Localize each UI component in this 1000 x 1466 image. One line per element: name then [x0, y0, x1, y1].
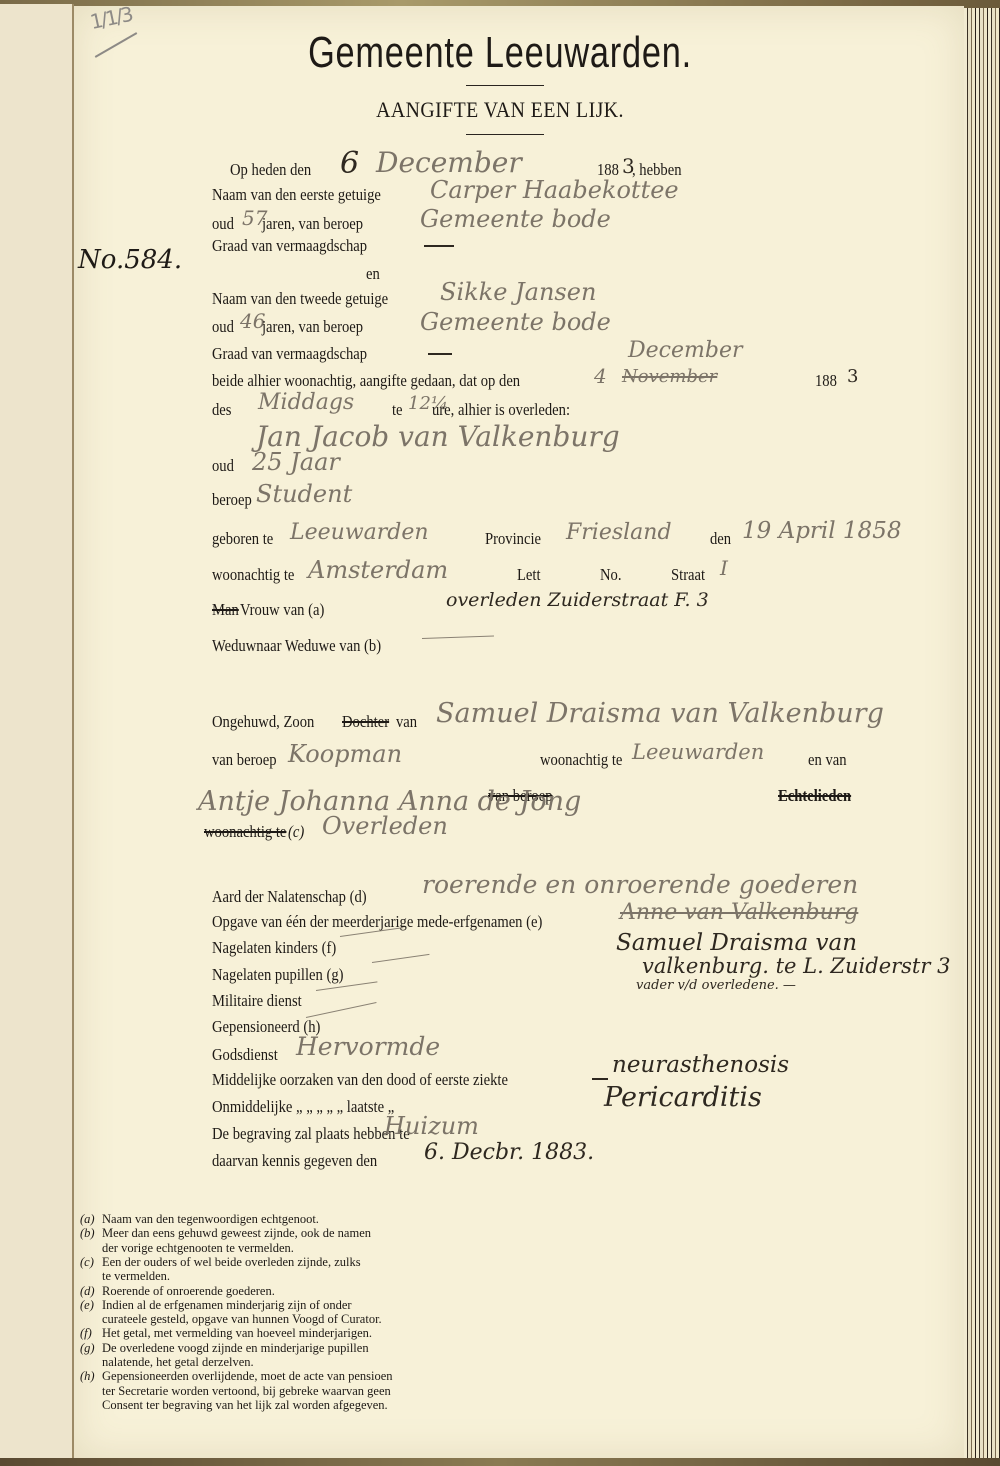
- footnote-line: te vermelden.: [80, 1269, 170, 1284]
- birth-place: Leeuwarden: [290, 520, 429, 545]
- deceased-occupation: Student: [256, 480, 352, 508]
- witness1-kinship-dash: [424, 245, 454, 247]
- parents-van-label: van: [396, 712, 417, 732]
- death-year-digit: 3: [847, 366, 858, 387]
- heir-line3: vader v/d overledene. —: [636, 978, 796, 993]
- footnote-text: Meer dan eens gehuwd geweest zijnde, ook…: [102, 1226, 371, 1241]
- date-month: December: [376, 146, 522, 179]
- deceased-occupation-label: beroep: [212, 490, 252, 510]
- footnote-line: (h)Gepensioneerden overlijdende, moet de…: [80, 1369, 393, 1384]
- time-te-label: te: [392, 400, 403, 420]
- footnote-line: (a)Naam van den tegenwoordigen echtgenoo…: [80, 1212, 319, 1227]
- footnote-line: (b)Meer dan eens gehuwd geweest zijnde, …: [80, 1226, 371, 1241]
- death-date-label: beide alhier woonachtig, aangifte gedaan…: [212, 371, 520, 391]
- notice-label: daarvan kennis gegeven den: [212, 1151, 377, 1171]
- burial-place: Huizum: [384, 1112, 479, 1140]
- footnote-text: te vermelden.: [102, 1269, 170, 1284]
- footnote-line: (g)De overledene voogd zijnde en minderj…: [80, 1341, 369, 1356]
- religion-value: Hervormde: [296, 1032, 440, 1061]
- birth-date-label: den: [710, 529, 731, 549]
- cause-first-dash: [592, 1078, 608, 1080]
- register-number: No.584.: [78, 245, 182, 275]
- estate-label: Aard der Nalatenschap (d): [212, 887, 367, 907]
- footnote-text: Het getal, met vermelding van hoeveel mi…: [102, 1326, 372, 1341]
- spouse-label: Vrouw van (a): [240, 600, 324, 620]
- witness2-age-label: oud: [212, 317, 234, 337]
- children-label: Nagelaten kinders (f): [212, 938, 336, 958]
- no-label: No.: [600, 565, 622, 585]
- footnote-text: der vorige echtgenooten te vermelden.: [102, 1241, 294, 1256]
- wards-label: Nagelaten pupillen (g): [212, 965, 344, 985]
- witness1-name: Carper Haabekottee: [430, 176, 679, 204]
- footnote-c-ref: (c): [288, 822, 304, 842]
- footnote-text: Consent ter begraving van het lijk zal w…: [102, 1398, 388, 1413]
- footnote-key: (d): [80, 1284, 102, 1299]
- straat-label: Straat: [671, 565, 705, 585]
- father-occupation-label: van beroep: [212, 750, 277, 770]
- page-edges: [964, 8, 1000, 1458]
- spouse-note: overleden Zuiderstraat F. 3: [446, 589, 709, 611]
- footnote-key: (h): [80, 1369, 102, 1384]
- subtitle-rule: [466, 134, 544, 135]
- deceased-age: 25 Jaar: [252, 448, 340, 476]
- footnote-text: Naam van den tegenwoordigen echtgenoot.: [102, 1212, 319, 1227]
- birth-label: geboren te: [212, 529, 273, 549]
- witness1-occupation: Gemeente bode: [420, 205, 611, 233]
- witness1-occupation-label: jaren, van beroep: [262, 214, 363, 234]
- footnote-line: (e)Indien al de erfgenamen minderjarig z…: [80, 1298, 352, 1313]
- mother-residence-struck: woonachtig te: [204, 822, 286, 842]
- left-page: [0, 4, 74, 1460]
- birth-province: Friesland: [566, 520, 672, 545]
- heir-line1: Samuel Draisma van: [616, 930, 857, 956]
- footnote-line: der vorige echtgenooten te vermelden.: [80, 1241, 294, 1256]
- father-occupation: Koopman: [288, 740, 402, 768]
- footnote-text: ter Secretarie worden vertoond, bij gebr…: [102, 1384, 391, 1399]
- witness2-name-label: Naam van den tweede getuige: [212, 289, 388, 309]
- date-day: 6: [340, 146, 359, 181]
- widow-label: Weduwnaar Weduwe van (b): [212, 636, 381, 656]
- footnote-key: (a): [80, 1212, 102, 1227]
- cause-first-label: Middelijke oorzaken van den dood of eers…: [212, 1070, 508, 1090]
- footnote-key: (c): [80, 1255, 102, 1270]
- religion-label: Godsdienst: [212, 1045, 278, 1065]
- footnote-text: Roerende of onroerende goederen.: [102, 1284, 275, 1299]
- footnote-text: curateele gesteld, opgave van hunnen Voo…: [102, 1312, 382, 1327]
- footnote-line: ter Secretarie worden vertoond, bij gebr…: [80, 1384, 391, 1399]
- father-residence-label: woonachtig te: [540, 750, 622, 770]
- death-year-print: 188: [815, 371, 837, 391]
- footnote-line: curateele gesteld, opgave van hunnen Voo…: [80, 1312, 382, 1327]
- time-overleden-label: ure, alhier is overleden:: [432, 400, 570, 420]
- mother-status: Overleden: [322, 812, 448, 840]
- footnote-key: (e): [80, 1298, 102, 1313]
- burial-label: De begraving zal plaats hebben te: [212, 1124, 410, 1144]
- witness1-kinship-label: Graad van vermaagdschap: [212, 236, 367, 256]
- cause-last-label: Onmiddelijke „ „ „ „ „ laatste „: [212, 1097, 394, 1117]
- footnote-line: (d)Roerende of onroerende goederen.: [80, 1284, 275, 1299]
- father-name: Samuel Draisma van Valkenburg: [436, 698, 884, 729]
- footnote-text: Gepensioneerden overlijdende, moet de ac…: [102, 1369, 393, 1384]
- heir-line2: valkenburg. te L. Zuiderstr 3: [642, 954, 950, 978]
- heir-label: Opgave van één der meerderjarige mede-er…: [212, 912, 542, 932]
- witness2-name: Sikke Jansen: [440, 278, 596, 306]
- footnote-text: Indien al de erfgenamen minderjarig zijn…: [102, 1298, 352, 1313]
- parents-label: Ongehuwd, Zoon: [212, 712, 314, 732]
- spouses-struck: Echtelieden: [778, 786, 851, 806]
- witness1-name-label: Naam van den eerste getuige: [212, 185, 381, 205]
- spouse-label-struck: Man: [212, 600, 239, 620]
- cause-last-value: Pericarditis: [604, 1082, 762, 1113]
- book-bottom-edge: [0, 1458, 1000, 1466]
- footnote-text: Een der ouders of wel beide overleden zi…: [102, 1255, 361, 1270]
- and-label: en van: [808, 750, 847, 770]
- notice-date: 6. Decbr. 1883.: [424, 1140, 594, 1165]
- footnote-key: (f): [80, 1326, 102, 1341]
- heir-struck: Anne van Valkenburg: [620, 900, 858, 925]
- parents-label-struck: Dochter: [342, 712, 389, 732]
- page-title: Gemeente Leeuwarden.: [110, 28, 890, 78]
- military-label: Militaire dienst: [212, 991, 302, 1011]
- witness1-age-label: oud: [212, 214, 234, 234]
- footnote-text: De overledene voogd zijnde en minderjari…: [102, 1341, 369, 1356]
- death-month-correction: December: [628, 338, 742, 363]
- witness2-kinship-dash: [428, 353, 452, 355]
- witness2-occupation: Gemeente bode: [420, 308, 611, 336]
- footnote-text: nalatende, het getal derzelven.: [102, 1355, 254, 1370]
- residence-place: Amsterdam: [308, 556, 448, 584]
- title-rule: [466, 85, 544, 86]
- residence-label: woonachtig te: [212, 565, 294, 585]
- cause-first-value: neurasthenosis: [612, 1052, 789, 1078]
- province-label: Provincie: [485, 529, 541, 549]
- time-label: des: [212, 400, 231, 420]
- footnote-key: (g): [80, 1341, 102, 1356]
- page-subtitle: AANGIFTE VAN EEN LIJK.: [50, 97, 950, 123]
- footnote-key: (b): [80, 1226, 102, 1241]
- estate-value: roerende en onroerende goederen: [422, 870, 858, 899]
- birth-date: 19 April 1858: [742, 518, 901, 544]
- witness2-kinship-label: Graad van vermaagdschap: [212, 344, 367, 364]
- death-day: 4: [594, 364, 607, 388]
- time-part-of-day: Middags: [258, 390, 354, 415]
- footnote-line: Consent ter begraving van het lijk zal w…: [80, 1398, 388, 1413]
- lett-label: Lett: [517, 565, 541, 585]
- father-residence: Leeuwarden: [632, 740, 764, 764]
- date-label: Op heden den: [230, 160, 311, 180]
- footnote-line: (c)Een der ouders of wel beide overleden…: [80, 1255, 361, 1270]
- witness2-occupation-label: jaren, van beroep: [262, 317, 363, 337]
- footnote-line: (f)Het getal, met vermelding van hoeveel…: [80, 1326, 372, 1341]
- footnote-line: nalatende, het getal derzelven.: [80, 1355, 254, 1370]
- death-month-struck: November: [622, 366, 717, 387]
- deceased-age-label: oud: [212, 456, 234, 476]
- straat-value: I: [720, 556, 728, 580]
- connector-en: en: [366, 264, 380, 284]
